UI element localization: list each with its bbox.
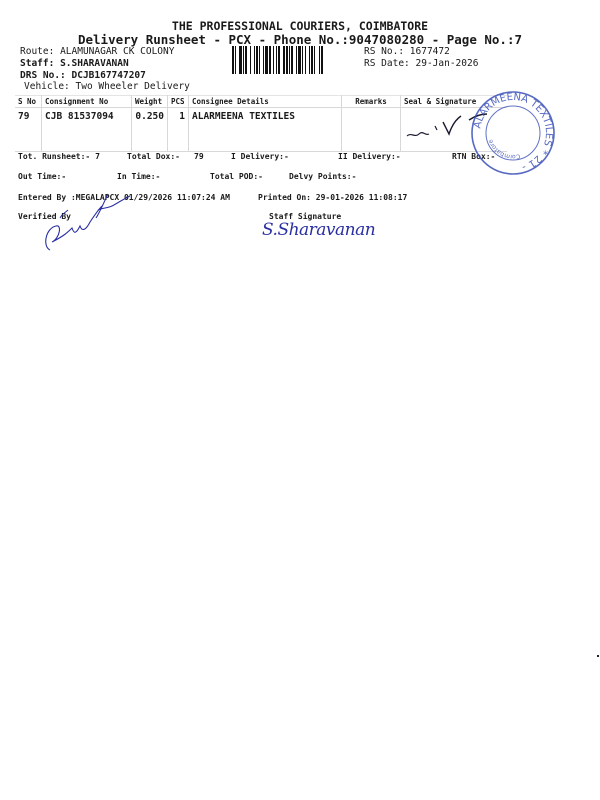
stamp-inner-text: Coimbatore [487,138,521,160]
col-consignment-no: Consignment No [42,96,132,108]
svg-text:Coimbatore: Coimbatore [487,138,521,160]
vehicle-label: Vehicle: [24,81,70,92]
ii-delivery: II Delivery:- [338,152,401,161]
in-time: In Time:- [117,172,160,181]
col-pcs: PCS [168,96,189,108]
drs-line: DRS No.: DCJB167747207 [20,70,146,81]
drs-label: DRS No.: [20,70,66,81]
vehicle-line: Vehicle: Two Wheeler Delivery [24,81,190,92]
out-time: Out Time:- [18,172,66,181]
stamp-outer-text: ALARMEENA TEXTILES * 21 - [472,92,554,173]
staff-line: Staff: S.SHARAVANAN [20,58,129,69]
staff-label: Staff: [20,58,54,69]
company-stamp-icon: ALARMEENA TEXTILES * 21 - Coimbatore [470,90,556,176]
vehicle-value: Two Wheeler Delivery [76,81,190,92]
col-s-no: S No [15,96,42,108]
route-value: ALAMUNAGAR CK COLONY [60,46,174,57]
scan-speck [597,655,599,657]
delvy-points: Delvy Points:- [289,172,356,181]
table-header-row: S No Consignment No Weight PCS Consignee… [15,96,507,108]
staff-handwritten-signature: S.Sharavanan [262,220,375,240]
i-delivery: I Delivery:- [231,152,289,161]
col-consignee: Consignee Details [189,96,342,108]
route-label: Route: [20,46,54,57]
col-weight: Weight [132,96,168,108]
rs-no-value: 1677472 [410,46,450,57]
cell-pcs: 1 [168,108,189,152]
runsheet-subtitle: Delivery Runsheet - PCX - Phone No.:9047… [0,32,600,47]
verifier-signature-icon [38,188,138,260]
rs-date-line: RS Date: 29-Jan-2026 [364,58,478,69]
cell-consignment-no: CJB 81537094 [42,108,132,152]
staff-value: S.SHARAVANAN [60,58,129,69]
tot-runsheet: Tot. Runsheet:- 7 [18,152,100,161]
cell-weight: 0.250 [132,108,168,152]
drs-value: DCJB167747207 [72,70,146,81]
total-dox-label: Total Dox:- [127,152,180,161]
rs-no-label: RS No.: [364,46,404,57]
printed-on: Printed On: 29-01-2026 11:08:17 [258,193,407,202]
company-title: THE PROFESSIONAL COURIERS, COIMBATORE [0,19,600,33]
rs-date-label: RS Date: [364,58,410,69]
cell-s-no: 79 [15,108,42,152]
col-remarks: Remarks [342,96,401,108]
route-line: Route: ALAMUNAGAR CK COLONY [20,46,174,57]
total-pod: Total POD:- [210,172,263,181]
svg-text:ALARMEENA TEXTILES * 21 -: ALARMEENA TEXTILES * 21 - [472,92,554,173]
cell-consignee: ALARMEENA TEXTILES [189,108,342,152]
barcode [232,46,360,74]
rs-no-line: RS No.: 1677472 [364,46,450,57]
rs-date-value: 29-Jan-2026 [416,58,479,69]
total-dox-value: 79 [194,152,204,161]
cell-remarks [342,108,401,152]
